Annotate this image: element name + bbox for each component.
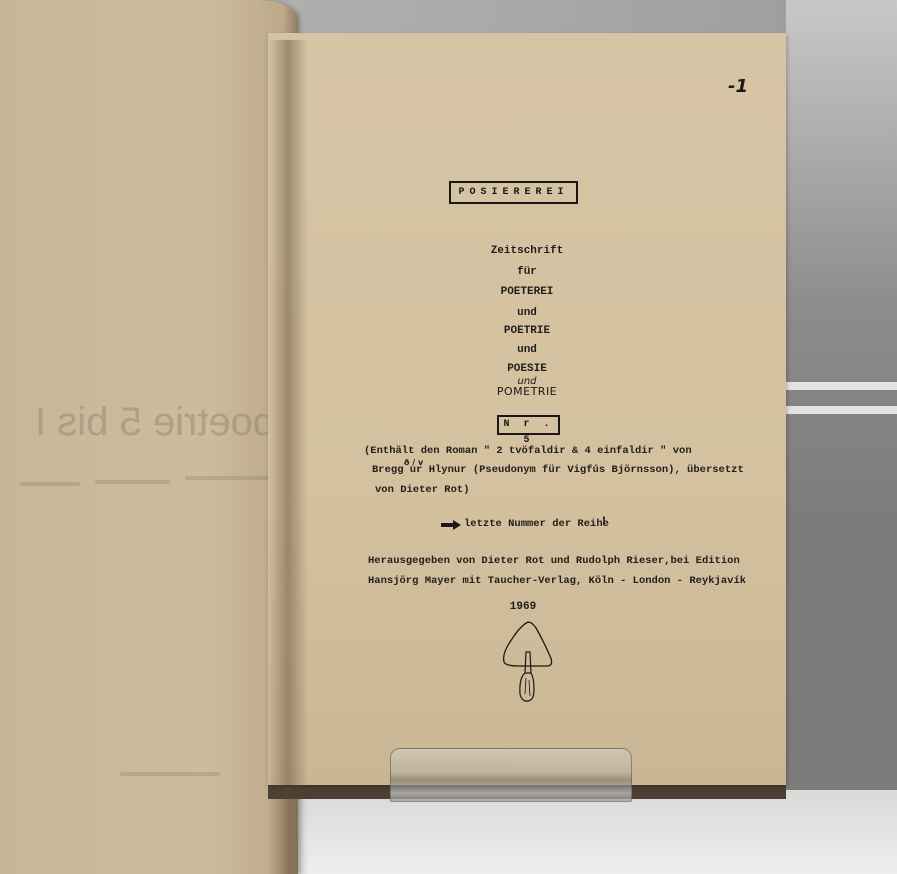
show-through-line [95, 480, 170, 484]
mushroom-drawing-icon [500, 620, 556, 710]
publisher-line: Hansjörg Mayer mit Taucher-Verlag, Köln … [368, 575, 746, 587]
year: 1969 [264, 601, 782, 613]
show-through-line [120, 772, 220, 776]
subtitle-line: Zeitschrift [268, 245, 786, 257]
page-number: -1 [728, 76, 748, 97]
subtitle-line: POETEREI [268, 286, 786, 298]
show-through-title: poetrie 5 bis I [35, 400, 275, 445]
show-through-line [185, 476, 270, 480]
journal-title: POSIEREREI [449, 181, 578, 204]
subtitle-line: POESIE [268, 363, 786, 375]
subtitle-line: POETRIE [268, 325, 786, 337]
issue-number: N r . 5 [497, 415, 560, 435]
publisher-line: Herausgegeben von Dieter Rot und Rudolph… [368, 555, 740, 567]
note-text: letzte Nummer der Reihe [464, 518, 609, 530]
handwritten-pometrie: POMETRIE [268, 385, 786, 398]
note-exclaim: ! [600, 514, 608, 529]
show-through-line [20, 482, 80, 486]
wall-stripe [786, 382, 897, 390]
subtitle-line: und [268, 344, 786, 356]
handwritten-correction: ð / v [404, 458, 423, 467]
acrylic-display-stand [390, 748, 632, 802]
contents-line: (Enthält den Roman " 2 tvöfaldir & 4 ein… [364, 445, 692, 457]
book-gutter [268, 40, 308, 874]
contents-line: Bregg ur Hlynur (Pseudonym für Vigfús Bj… [372, 464, 744, 476]
contents-line: von Dieter Rot) [375, 484, 470, 496]
left-page: poetrie 5 bis I [0, 0, 298, 874]
subtitle-line: für [268, 266, 786, 278]
arrow-right-icon [441, 520, 461, 530]
subtitle-line: und [268, 307, 786, 319]
wall-stripe [786, 406, 897, 414]
right-page: -1 POSIEREREI Zeitschrift für POETEREI u… [268, 33, 786, 785]
wall-panel [786, 0, 897, 560]
